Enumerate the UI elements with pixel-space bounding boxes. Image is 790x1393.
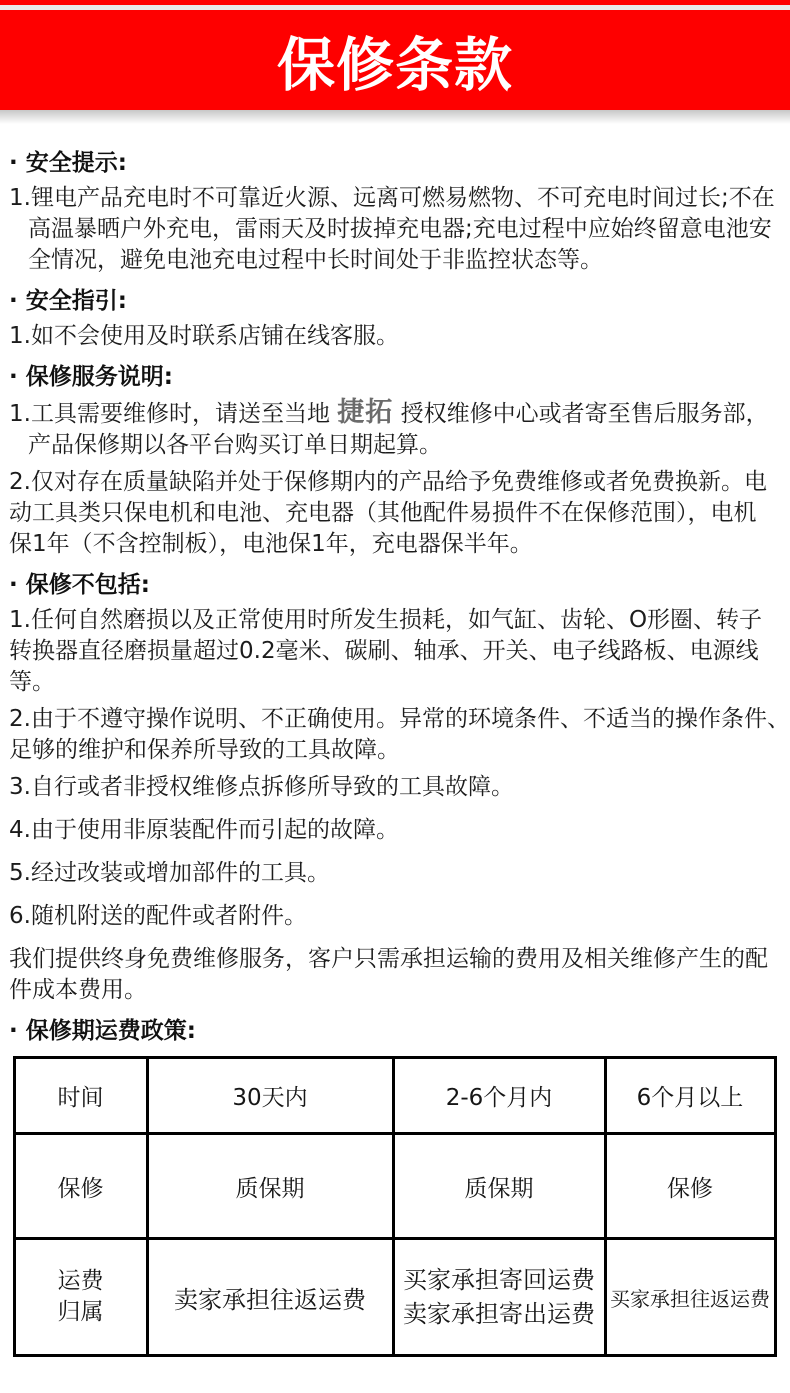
paragraph-line: 转换器直径磨损量超过0.2毫米、碳刷、轴承、开关、电子线路板、电源线: [9, 636, 780, 667]
banner-shadow: [0, 110, 790, 124]
paragraph-line: 5.经过改装或增加部件的工具。: [9, 858, 780, 889]
section-heading-shipping-policy: · 保修期运费政策:: [9, 1016, 780, 1046]
paragraph: 我们提供终身免费维修服务，客户只需承担运输的费用及相关维修产生的配 件成本费用。: [9, 944, 780, 1006]
page-title: 保修条款: [277, 18, 513, 102]
table-cell: 卖家承担往返运费: [147, 1239, 393, 1356]
paragraph-line: 保1年（不含控制板），电池保1年，充电器保半年。: [9, 529, 780, 560]
paragraph-line: 件成本费用。: [9, 975, 780, 1006]
table-cell: 质保期: [393, 1134, 605, 1239]
table-cell: 买家承担往返运费: [605, 1239, 775, 1356]
paragraph-line: 6.随机附送的配件或者附件。: [9, 901, 780, 932]
section-heading-safety-tips: · 安全提示:: [9, 148, 780, 178]
table-cell: 6个月以上: [605, 1058, 775, 1134]
table-cell: 运费 归属: [14, 1239, 147, 1356]
paragraph: 2.由于不遵守操作说明、不正确使用。异常的环境条件、不适当的操作条件、 足够的维…: [9, 704, 780, 766]
table-row-freight: 运费 归属 卖家承担往返运费 买家承担寄回运费 卖家承担寄出运费 买家承担往返运…: [14, 1239, 775, 1356]
table-cell: 30天内: [147, 1058, 393, 1134]
paragraph: 5.经过改装或增加部件的工具。: [9, 858, 780, 889]
paragraph-line: 1.锂电产品充电时不可靠近火源、远离可燃易燃物、不可充电时间过长;不在: [9, 183, 780, 214]
paragraph-line: 2.由于不遵守操作说明、不正确使用。异常的环境条件、不适当的操作条件、: [9, 704, 780, 735]
paragraph-line: 我们提供终身免费维修服务，客户只需承担运输的费用及相关维修产生的配: [9, 944, 780, 975]
table-cell: 保修: [14, 1134, 147, 1239]
paragraph: 1.任何自然磨损以及正常使用时所发生损耗，如气缸、齿轮、O形圈、转子 转换器直径…: [9, 605, 780, 698]
shipping-policy-table: 时间 30天内 2-6个月内 6个月以上 保修 质保期 质保期 保修 运费 归属…: [13, 1056, 777, 1357]
warranty-terms-page: 保修条款 · 安全提示: 1.锂电产品充电时不可靠近火源、远离可燃易燃物、不可充…: [0, 0, 790, 1393]
table-row-time: 时间 30天内 2-6个月内 6个月以上: [14, 1058, 775, 1134]
paragraph-line: 2.仅对存在质量缺陷并处于保修期内的产品给予免费维修或者免费换新。电: [9, 467, 780, 498]
table-cell: 保修: [605, 1134, 775, 1239]
section-heading-warranty-excludes: · 保修不包括:: [9, 570, 780, 600]
cell-line: 运费: [18, 1266, 144, 1297]
paragraph-line: 1.如不会使用及时联系店铺在线客服。: [9, 321, 780, 352]
cell-line: 买家承担寄回运费: [397, 1263, 602, 1297]
cell-line: 归属: [18, 1297, 144, 1328]
table-cell: 质保期: [147, 1134, 393, 1239]
paragraph: 3.自行或者非授权维修点拆修所导致的工具故障。: [9, 772, 780, 803]
paragraph: 6.随机附送的配件或者附件。: [9, 901, 780, 932]
paragraph-line: 全情况，避免电池充电过程中长时间处于非监控状态等。: [9, 245, 780, 276]
paragraph-line: 1.任何自然磨损以及正常使用时所发生损耗，如气缸、齿轮、O形圈、转子: [9, 605, 780, 636]
header-banner: 保修条款: [0, 10, 790, 110]
section-heading-warranty-service: · 保修服务说明:: [9, 362, 780, 392]
paragraph: 4.由于使用非原装配件而引起的故障。: [9, 815, 780, 846]
paragraph: 1.工具需要维修时，请送至当地 捷拓 授权维修中心或者寄至售后服务部， 产品保修…: [9, 397, 780, 461]
paragraph-line: 高温暴晒户外充电，雷雨天及时拔掉充电器;充电过程中应始终留意电池安: [9, 214, 780, 245]
table-row-warranty: 保修 质保期 质保期 保修: [14, 1134, 775, 1239]
table-cell: 2-6个月内: [393, 1058, 605, 1134]
cell-line: 卖家承担寄出运费: [397, 1297, 602, 1331]
paragraph: 1.锂电产品充电时不可靠近火源、远离可燃易燃物、不可充电时间过长;不在 高温暴晒…: [9, 183, 780, 276]
text-segment: 授权维修中心或者寄至售后服务部，: [393, 401, 768, 427]
paragraph-line: 动工具类只保电机和电池、充电器（其他配件易损件不在保修范围），电机: [9, 498, 780, 529]
paragraph-line: 等。: [9, 667, 780, 698]
table-cell: 时间: [14, 1058, 147, 1134]
paragraph-line: 3.自行或者非授权维修点拆修所导致的工具故障。: [9, 772, 780, 803]
paragraph-line: 足够的维护和保养所导致的工具故障。: [9, 735, 780, 766]
paragraph: 1.如不会使用及时联系店铺在线客服。: [9, 321, 780, 352]
brand-logo-text: 捷拓: [337, 397, 393, 428]
paragraph: 2.仅对存在质量缺陷并处于保修期内的产品给予免费维修或者免费换新。电 动工具类只…: [9, 467, 780, 560]
paragraph-line: 4.由于使用非原装配件而引起的故障。: [9, 815, 780, 846]
table-cell: 买家承担寄回运费 卖家承担寄出运费: [393, 1239, 605, 1356]
paragraph-line: 产品保修期以各平台购买订单日期起算。: [9, 430, 780, 461]
terms-content: · 安全提示: 1.锂电产品充电时不可靠近火源、远离可燃易燃物、不可充电时间过长…: [0, 124, 790, 1357]
text-segment: 1.工具需要维修时，请送至当地: [9, 401, 337, 427]
section-heading-safety-guide: · 安全指引:: [9, 286, 780, 316]
paragraph-line: 1.工具需要维修时，请送至当地 捷拓 授权维修中心或者寄至售后服务部，: [9, 397, 780, 430]
